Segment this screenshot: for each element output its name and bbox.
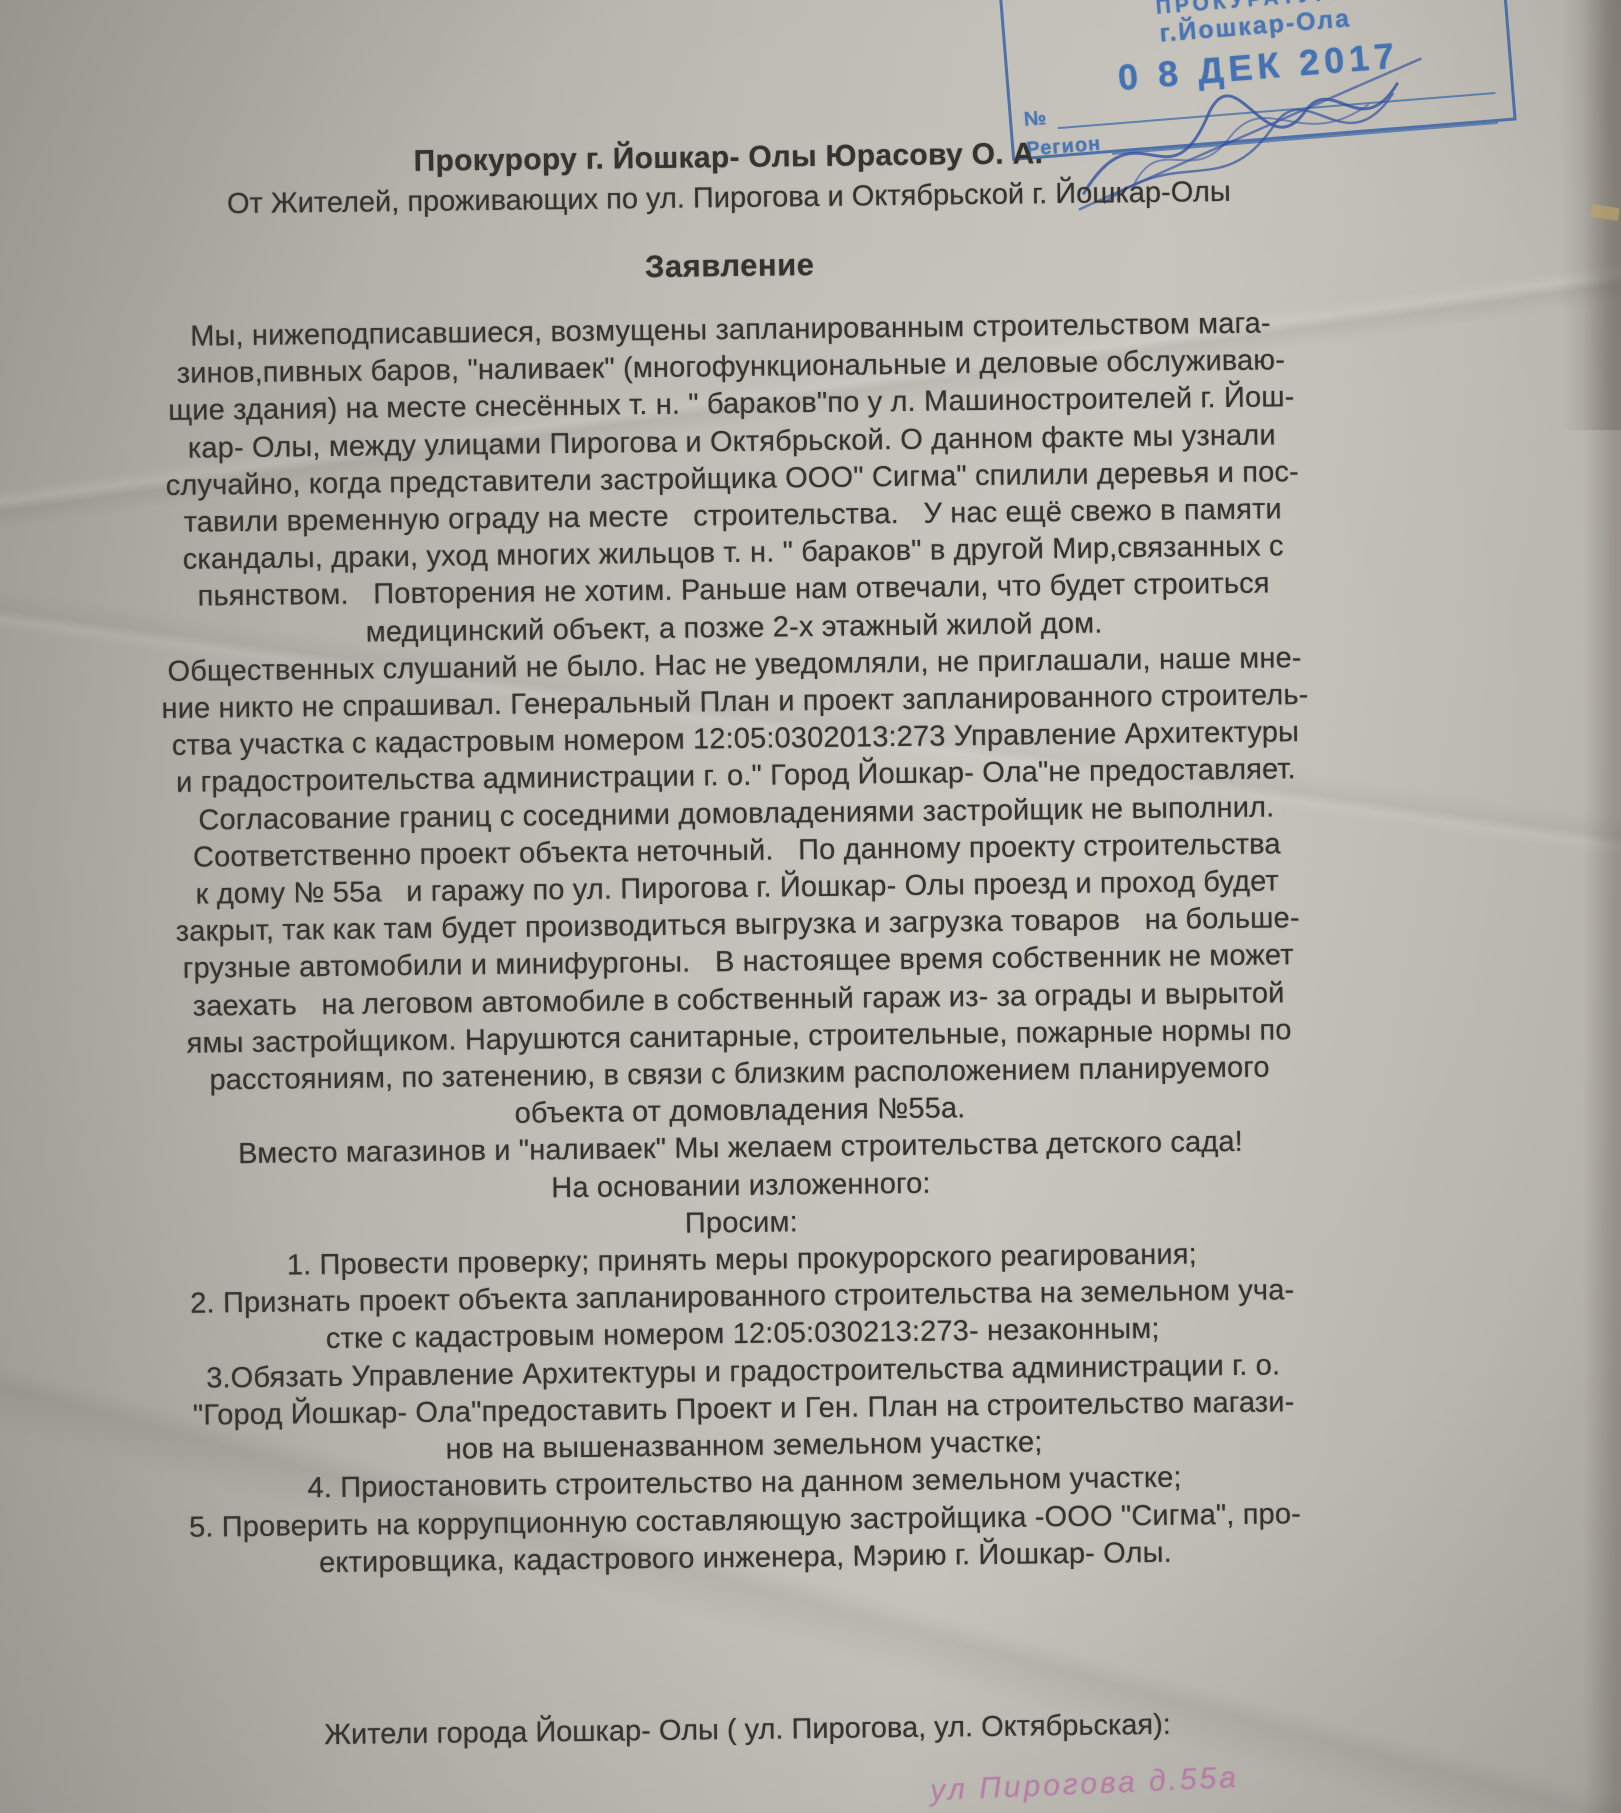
document-title: Заявление — [143, 239, 1315, 293]
stamp-number-label: № — [1023, 107, 1048, 132]
page-edge-shadow-right — [1583, 0, 1621, 1813]
letter-text: Мы, нижеподписавшиеся, возмущены заплани… — [144, 305, 1331, 1584]
handwritten-note: ул Пирогова д.55а — [930, 1746, 1591, 1809]
signatories-line: Жители города Йошкар- Олы ( ул. Пирогова… — [161, 1705, 1333, 1756]
table-edge-mark — [1590, 204, 1620, 221]
photographed-document-page: ПРОКУРАТУРА г.Йошкар-Ола 0 8 ДЕК 2017 № … — [0, 0, 1621, 1813]
letter-body: Прокурору г. Йошкар- Олы Юрасову О. А. О… — [142, 131, 1334, 1756]
